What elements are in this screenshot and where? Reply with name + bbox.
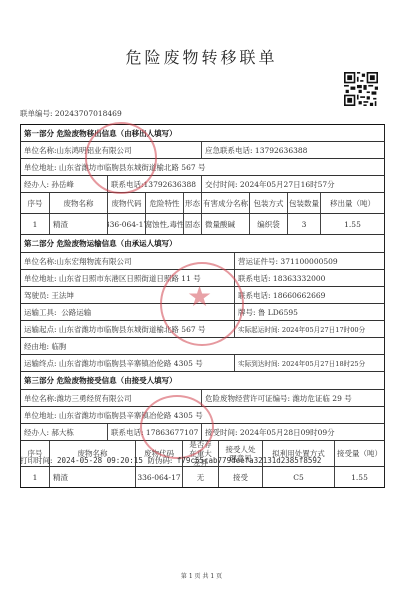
doc-number: 联单编号: 20243707018469 bbox=[20, 108, 122, 119]
part2-unit-name: 单位名称:山东宏翔物流有限公司 bbox=[21, 253, 234, 269]
transfer-form: 第一部分 危险废物移出信息（由移出人填写） 单位名称:山东鸿明铝业有限公司 应急… bbox=[20, 124, 385, 488]
anti-fake-code: f79c55cab779deefa32131d2385f8592 bbox=[177, 456, 322, 465]
part3-address: 单位地址: 山东省潍坊市临朐县辛寨镇冶伦路 4305 号 bbox=[21, 407, 206, 423]
part3-handler-row: 经办人: 郝大栋 联系电话: 17863677107 接受时间: 2024年05… bbox=[20, 424, 385, 441]
doc-number-value: 20243707018469 bbox=[55, 109, 122, 118]
part2-origin: 运输起点: 山东省潍坊市临朐县东城街道榆北路 567 号 bbox=[21, 321, 234, 337]
part3-heading: 第三部分 危险废物接受信息（由接受人填写） bbox=[20, 372, 385, 390]
part1-unit-name: 单位名称:山东鸿明铝业有限公司 bbox=[21, 142, 201, 158]
part2-phone1: 联系电话: 18363332000 bbox=[234, 270, 384, 286]
part2-depart-time: 实际起运时间: 2024年05月27日17时00分 bbox=[234, 321, 384, 337]
part1-table-header: 序号 废物名称 废物代码 危险特性 形态 有害成分名称 包装方式 包装数量 移出… bbox=[20, 193, 385, 214]
part3-phone: 联系电话: 17863677107 bbox=[107, 424, 201, 440]
part1-address-row: 单位地址: 山东省潍坊市临朐县东城街道榆北路 567 号 bbox=[20, 159, 385, 176]
part1-emergency-phone: 应急联系电话: 13792636388 bbox=[201, 142, 384, 158]
part2-destination-row: 运输终点: 山东省潍坊市临朐县辛寨镇冶伦路 4305 号 实际到达时间: 202… bbox=[20, 355, 385, 372]
part2-arrive-time: 实际到达时间: 2024年05月27日18时25分 bbox=[234, 355, 384, 371]
part2-heading: 第二部分 危险废物运输信息（由承运人填写） bbox=[20, 235, 385, 253]
part1-phone: 联系电话:13792636388 bbox=[107, 176, 201, 192]
part2-plate: 牌号: 鲁 LD6595 bbox=[234, 304, 384, 320]
qr-code-icon bbox=[344, 72, 378, 106]
part2-phone2: 联系电话: 18660662669 bbox=[234, 287, 384, 303]
part2-address: 单位地址: 山东省日照市东港区日照街道日照路 11 号 bbox=[21, 270, 234, 286]
part1-handover-time: 交付时间: 2024年05月27日16时57分 bbox=[201, 176, 384, 192]
part2-vehicle: 运输工具: 公路运输 bbox=[21, 304, 234, 320]
part2-vehicle-row: 运输工具: 公路运输 牌号: 鲁 LD6595 bbox=[20, 304, 385, 321]
part2-driver: 驾驶员: 王法坤 bbox=[21, 287, 234, 303]
part2-via-row: 经由地: 临朐 bbox=[20, 338, 385, 355]
part1-unit-row: 单位名称:山东鸿明铝业有限公司 应急联系电话: 13792636388 bbox=[20, 142, 385, 159]
part3-unit-name: 单位名称:潍坊三勇经贸有限公司 bbox=[21, 390, 201, 406]
doc-number-label: 联单编号: bbox=[20, 109, 53, 118]
part2-permit: 营运证件号: 371100000509 bbox=[234, 253, 384, 269]
part2-address-row: 单位地址: 山东省日照市东港区日照街道日照路 11 号 联系电话: 183633… bbox=[20, 270, 385, 287]
document-title: 危险废物转移联单 bbox=[0, 45, 403, 68]
table-row: 1 精渣 336-064-17 腐蚀性,毒性 固态 微量酸碱 编织袋 3 1.5… bbox=[20, 214, 385, 235]
part1-heading: 第一部分 危险废物移出信息（由移出人填写） bbox=[20, 124, 385, 142]
part1-address: 单位地址: 山东省潍坊市临朐县东城街道榆北路 567 号 bbox=[21, 159, 209, 175]
part2-destination: 运输终点: 山东省潍坊市临朐县辛寨镇冶伦路 4305 号 bbox=[21, 355, 234, 371]
part3-license: 危险废物经营许可证编号: 潍坊危证临 29 号 bbox=[201, 390, 384, 406]
part3-handler: 经办人: 郝大栋 bbox=[21, 424, 107, 440]
part2-via: 经由地: 临朐 bbox=[21, 338, 69, 354]
part2-origin-row: 运输起点: 山东省潍坊市临朐县东城街道榆北路 567 号 实际起运时间: 202… bbox=[20, 321, 385, 338]
part3-unit-row: 单位名称:潍坊三勇经贸有限公司 危险废物经营许可证编号: 潍坊危证临 29 号 bbox=[20, 390, 385, 407]
part2-unit-row: 单位名称:山东宏翔物流有限公司 营运证件号: 371100000509 bbox=[20, 253, 385, 270]
part1-handler: 经办人: 孙岳峰 bbox=[21, 176, 107, 192]
part2-driver-row: 驾驶员: 王法坤 联系电话: 18660662669 bbox=[20, 287, 385, 304]
page-indicator: 第 1 页 共 1 页 bbox=[0, 571, 403, 580]
part1-handler-row: 经办人: 孙岳峰 联系电话:13792636388 交付时间: 2024年05月… bbox=[20, 176, 385, 193]
part3-address-row: 单位地址: 山东省潍坊市临朐县辛寨镇冶伦路 4305 号 bbox=[20, 407, 385, 424]
part3-receive-time: 接受时间: 2024年05月28日09时09分 bbox=[201, 424, 384, 440]
table-row: 1 精渣 336-064-17 无 接受 C5 1.55 bbox=[20, 467, 385, 488]
print-time: 2024-05-28 09:20:15 bbox=[57, 456, 143, 465]
print-info: 打印时间: 2024-05-28 09:20:15 防伪码: f79c55cab… bbox=[20, 455, 321, 466]
